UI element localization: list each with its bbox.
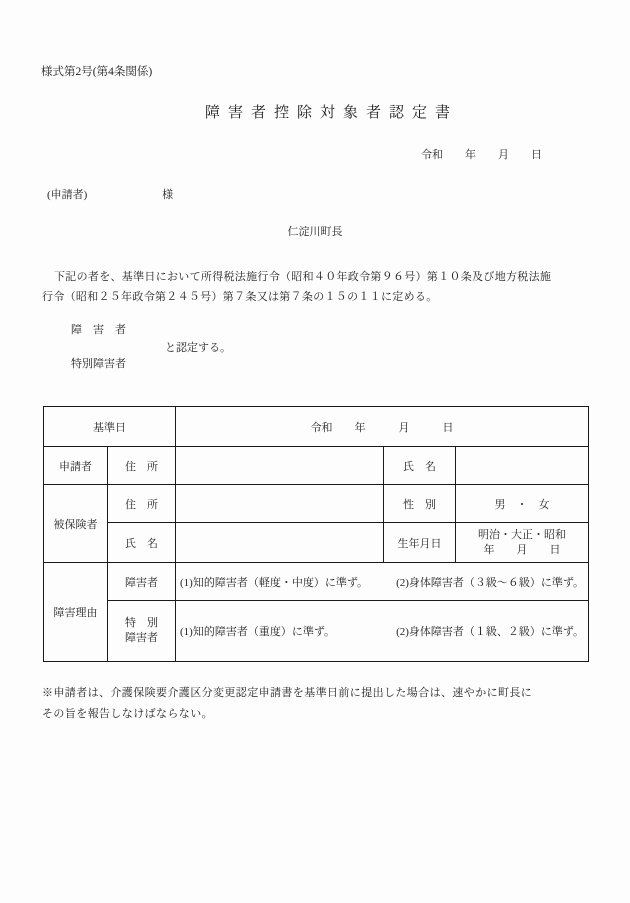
birthdate-value-cell: 明治・大正・昭和 年 月 日 xyxy=(456,523,589,563)
reason-regular-value-cell: (1)知的障害者（軽度・中度）に準ず。 (2)身体障害者（３級～６級）に準ず。 xyxy=(176,563,589,601)
footnote-line: その旨を報告しなけばならない。 xyxy=(42,704,592,725)
body-line: 下記の者を、基準日において所得税法施行令（昭和４０年政令第９６号）第１０条及び地… xyxy=(42,267,590,287)
table-row-reason-special: 特 別 障害者 (1)知的障害者（重度）に準ず。 (2)身体障害者（１級、２級）… xyxy=(44,601,589,662)
applicant-label: (申請者) xyxy=(47,189,87,201)
table-row-insured-name: 氏 名 生年月日 明治・大正・昭和 年 月 日 xyxy=(44,523,589,563)
reason-special-value-cell: (1)知的障害者（重度）に準ず。 (2)身体障害者（１級、２級）に準ず。 xyxy=(176,601,589,662)
issuer-name: 仁淀川町長 xyxy=(0,225,630,239)
certificate-table: 基準日 令和 年 月 日 申請者 住 所 氏 名 被保険者 住 所 性 別 男 … xyxy=(43,406,589,662)
table-row-insured-address: 被保険者 住 所 性 別 男 ・ 女 xyxy=(44,485,589,523)
body-line: 行令（昭和２５年政令第２４５号）第７条又は第７条の１５の１１に定める。 xyxy=(42,287,590,307)
cert-option-regular: 障 害 者 xyxy=(71,313,165,347)
reason-special-label-line-2: 障害者 xyxy=(112,631,171,646)
cert-conclusion: と認定する。 xyxy=(165,339,231,355)
reason-row-label-cell: 障害理由 xyxy=(44,563,108,662)
footnote: ※申請者は、介護保険要介護区分変更認定申請書を基準日前に提出した場合は、速やかに… xyxy=(0,683,630,725)
reason-regular-label-cell: 障害者 xyxy=(108,563,176,601)
form-number: 様式第2号(第4条関係) xyxy=(0,0,630,79)
reason-special-item-2: (2)身体障害者（１級、２級）に準ず。 xyxy=(396,623,584,639)
document-page: 様式第2号(第4条関係) 障害者控除対象者認定書 令和 年 月 日 (申請者) … xyxy=(0,0,630,903)
certification-block: 障 害 者 特別障害者 と認定する。 xyxy=(0,313,630,381)
reason-special-item-1: (1)知的障害者（重度）に準ず。 xyxy=(180,623,335,639)
table-row-applicant: 申請者 住 所 氏 名 xyxy=(44,447,589,485)
reason-regular-item-1: (1)知的障害者（軽度・中度）に準ず。 xyxy=(180,574,368,590)
document-title: 障害者控除対象者認定書 xyxy=(0,105,630,121)
applicant-line: (申請者) 様 xyxy=(0,188,630,202)
reason-regular-item-2: (2)身体障害者（３級～６級）に準ず。 xyxy=(396,574,584,590)
sex-label-cell: 性 別 xyxy=(384,485,456,523)
applicant-name-label-cell: 氏 名 xyxy=(384,447,456,485)
insured-name-value-cell xyxy=(176,523,384,563)
cert-options: 障 害 者 特別障害者 xyxy=(71,313,165,381)
table-row-reason-regular: 障害理由 障害者 (1)知的障害者（軽度・中度）に準ず。 (2)身体障害者（３級… xyxy=(44,563,589,601)
table-row-base-date: 基準日 令和 年 月 日 xyxy=(44,407,589,447)
issue-date-line: 令和 年 月 日 xyxy=(0,148,630,162)
base-date-label-cell: 基準日 xyxy=(44,407,176,447)
applicant-address-value-cell xyxy=(176,447,384,485)
birthdate-label-cell: 生年月日 xyxy=(384,523,456,563)
base-date-value-cell: 令和 年 月 日 xyxy=(176,407,589,447)
birthdate-ymd-line: 年 月 日 xyxy=(460,543,584,558)
applicant-name-value-cell xyxy=(456,447,589,485)
applicant-row-label-cell: 申請者 xyxy=(44,447,108,485)
birthdate-era-line: 明治・大正・昭和 xyxy=(460,528,584,543)
insured-row-label-cell: 被保険者 xyxy=(44,485,108,563)
sex-value-cell: 男 ・ 女 xyxy=(456,485,589,523)
applicant-honorific: 様 xyxy=(162,189,173,201)
reason-special-label-cell: 特 別 障害者 xyxy=(108,601,176,662)
reason-special-label-line-1: 特 別 xyxy=(112,616,171,631)
applicant-address-label-cell: 住 所 xyxy=(108,447,176,485)
insured-address-label-cell: 住 所 xyxy=(108,485,176,523)
footnote-line: ※申請者は、介護保険要介護区分変更認定申請書を基準日前に提出した場合は、速やかに… xyxy=(42,683,592,704)
body-paragraph: 下記の者を、基準日において所得税法施行令（昭和４０年政令第９６号）第１０条及び地… xyxy=(0,267,630,307)
cert-option-special: 特別障害者 xyxy=(71,347,165,381)
insured-name-label-cell: 氏 名 xyxy=(108,523,176,563)
insured-address-value-cell xyxy=(176,485,384,523)
